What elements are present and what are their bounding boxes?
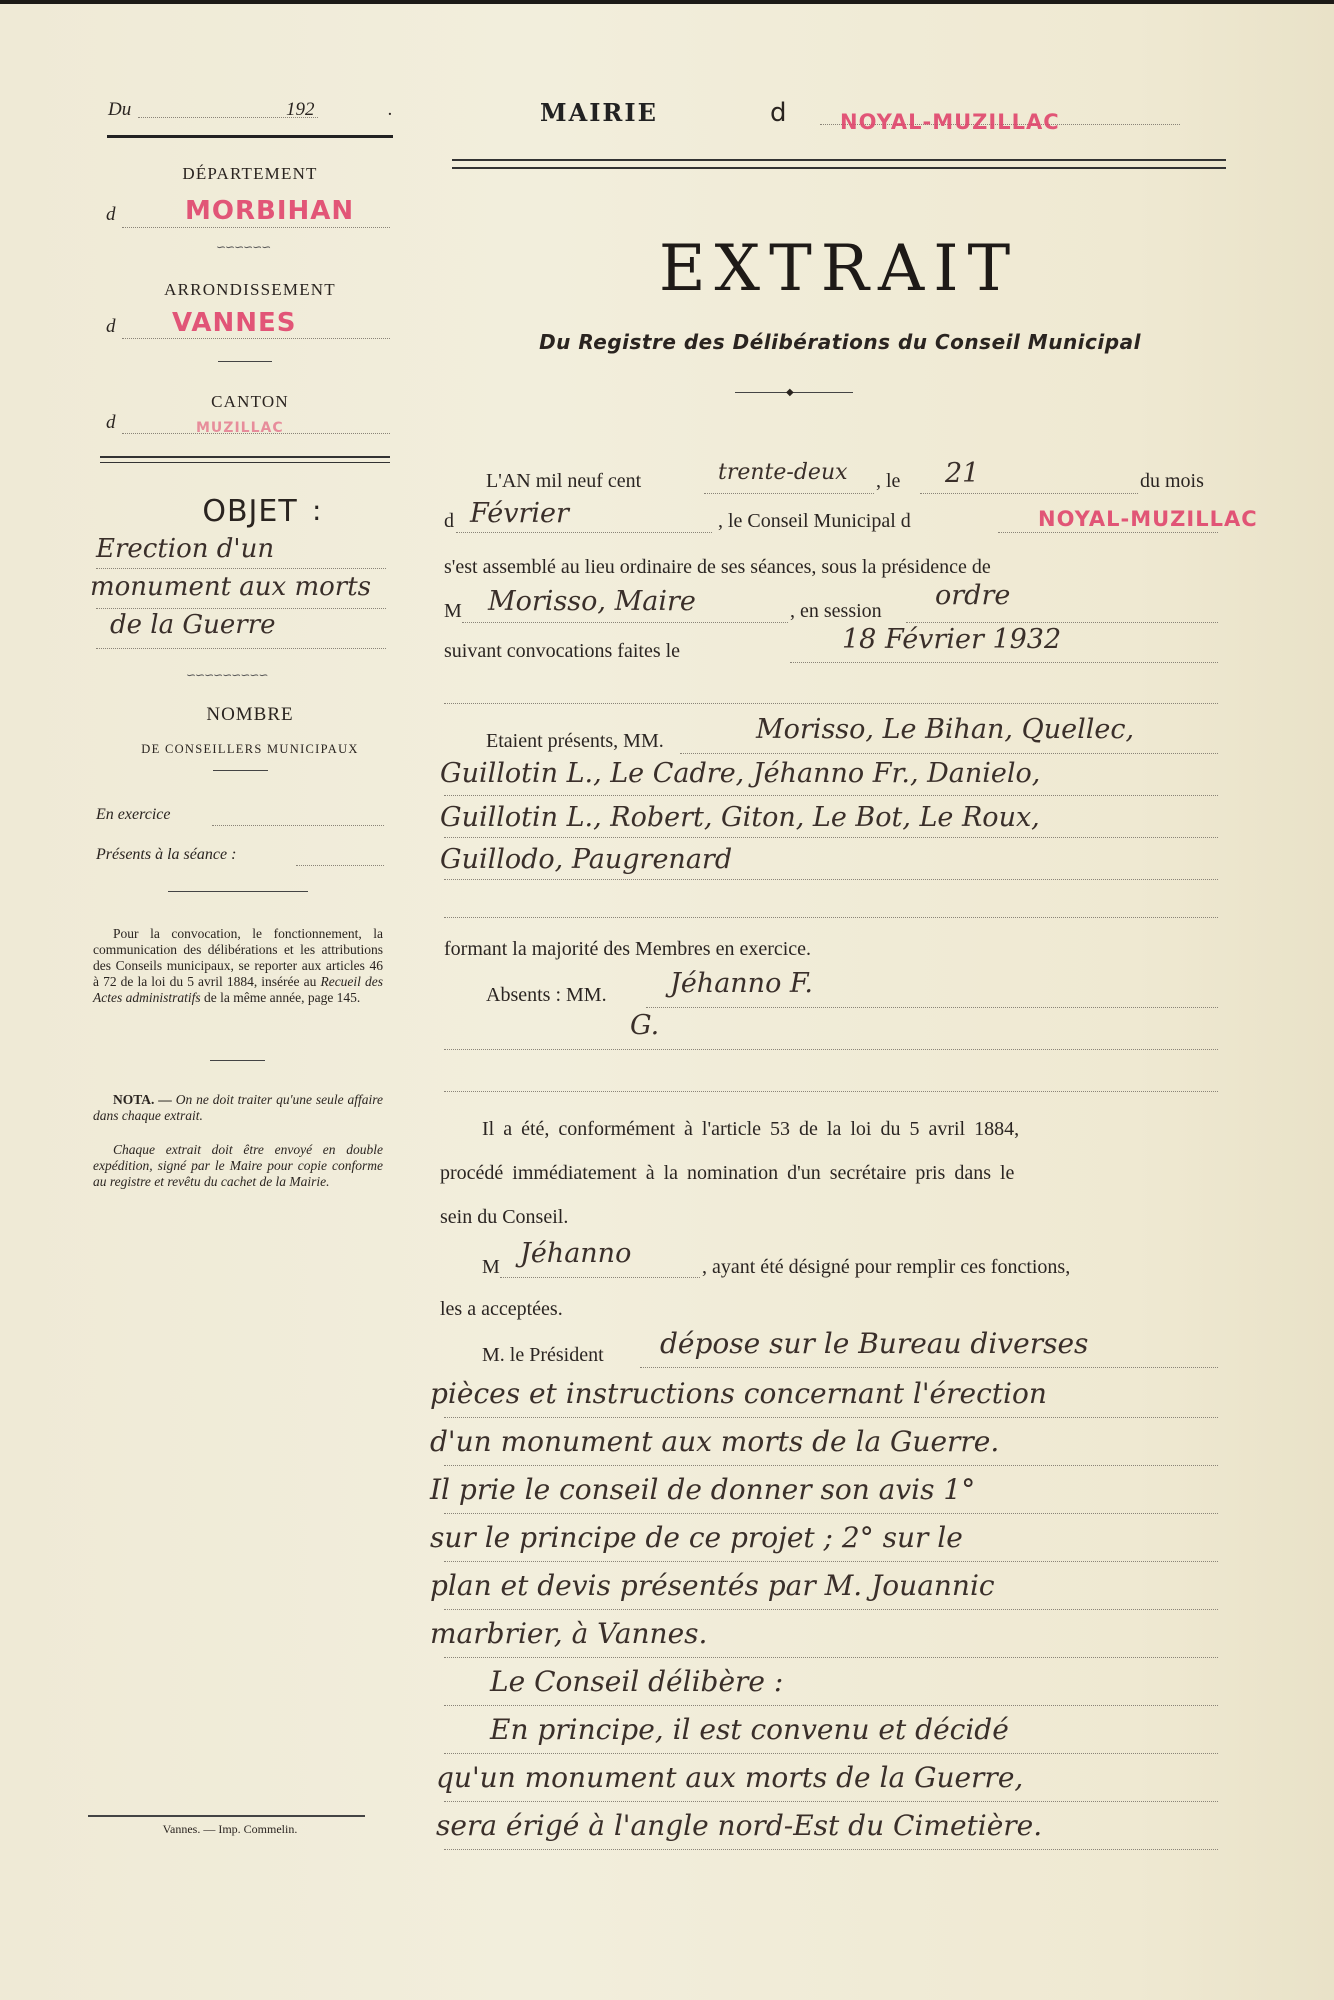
objet-rule-1 <box>96 567 386 569</box>
deliberation-line-4 <box>444 1512 1218 1514</box>
date-dotted-line <box>138 117 318 118</box>
day-prefix: , le <box>876 470 900 493</box>
presents-names-3: Guillotin L., Robert, Giton, Le Bot, Le … <box>440 804 1040 831</box>
presents-line-1 <box>680 752 1218 754</box>
deliberation-line-6 <box>444 1608 1218 1610</box>
convocation-label: suivant convocations faites le <box>444 640 680 663</box>
departement-line <box>122 226 390 228</box>
absents-line-3 <box>444 1090 1218 1092</box>
arrondissement-stamp: VANNES <box>172 308 297 338</box>
short-divider <box>213 770 268 771</box>
deliberation-text-7: marbrier, à Vannes. <box>430 1620 707 1648</box>
deliberation-text-10: qu'un monument aux morts de la Guerre, <box>436 1764 1023 1792</box>
legal-notice-end: de la même année, page 145. <box>204 990 360 1005</box>
mairie-label: MAIRIE <box>540 98 658 127</box>
absents-names-1: Jéhanno F. <box>670 970 813 997</box>
absents-line-2 <box>444 1048 1218 1050</box>
year-handwritten: trente-deux <box>718 462 848 484</box>
blank-line <box>444 702 1218 704</box>
session-label: , en session <box>790 600 882 623</box>
deliberation-line-10 <box>444 1800 1218 1802</box>
canton-stamp: MUZILLAC <box>196 420 284 436</box>
en-exercice-field[interactable] <box>212 824 384 826</box>
date-field: Du 192 . <box>108 99 131 121</box>
conseillers-label: DE CONSEILLERS MUNICIPAUX <box>107 742 393 757</box>
deliberation-line-9 <box>444 1752 1218 1754</box>
deliberation-text-3: d'un monument aux morts de la Guerre. <box>430 1428 999 1456</box>
left-header-rule <box>107 135 393 138</box>
printer-imprint: Vannes. — Imp. Commelin. <box>90 1822 370 1837</box>
objet-rule-3 <box>96 647 386 649</box>
day-handwritten: 21 <box>945 460 979 487</box>
deliberation-text-1: dépose sur le Bureau diverses <box>660 1330 1088 1358</box>
presents-seance-label: Présents à la séance : <box>96 846 236 864</box>
nota-label: NOTA. — <box>113 1092 172 1107</box>
assemble-text: s'est assemblé au lieu ordinaire de ses … <box>444 556 991 579</box>
session-handwritten: ordre <box>935 582 1010 609</box>
deliberation-line-3 <box>444 1464 1218 1466</box>
accepte-text: les a acceptées. <box>440 1298 563 1321</box>
wavy-divider-2: ∽∽∽∽∽∽∽∽∽ <box>186 668 268 683</box>
year-line <box>704 492 874 494</box>
secretaire-handwritten: Jéhanno <box>520 1240 631 1267</box>
deliberation-text-9: En principe, il est convenu et décidé <box>490 1716 1009 1744</box>
president-label: M. le Président <box>482 1344 604 1367</box>
deliberation-line-7 <box>444 1656 1218 1658</box>
absents-label: Absents : MM. <box>486 984 607 1007</box>
date-dot: . <box>388 99 393 121</box>
presents-line-2 <box>444 794 1218 796</box>
objet-double-rule <box>100 456 390 463</box>
mairie-d: d <box>770 98 787 128</box>
objet-colon: : <box>312 494 321 527</box>
deliberation-text-5: sur le principe de ce projet ; 2° sur le <box>430 1524 963 1552</box>
document-title: EXTRAIT <box>452 232 1226 306</box>
month-line <box>456 531 712 533</box>
convocation-handwritten: 18 Février 1932 <box>842 626 1061 653</box>
deliberation-line-1 <box>640 1366 1218 1368</box>
deliberation-text-11: sera érigé à l'angle nord-Est du Cimetiè… <box>436 1812 1042 1840</box>
president-line <box>462 621 788 623</box>
departement-d: d <box>106 204 116 226</box>
presents-line-4 <box>444 878 1218 880</box>
secretaire-text: , ayant été désigné pour remplir ces fon… <box>702 1256 1070 1279</box>
canton-d: d <box>106 412 116 434</box>
conseil-label: , le Conseil Municipal d <box>718 510 911 533</box>
article-text-3: sein du Conseil. <box>440 1206 568 1229</box>
nota-block: NOTA. — On ne doit traiter qu'une seule … <box>93 1092 383 1124</box>
deliberation-line-2 <box>444 1416 1218 1418</box>
month-d: d <box>444 510 454 533</box>
convocation-line <box>790 661 1218 663</box>
article-text-2: procédé immédiatement à la nomination d'… <box>440 1162 1014 1185</box>
ornament-divider <box>218 361 272 362</box>
month-label: du mois <box>1140 470 1204 493</box>
presents-seance-field[interactable] <box>296 864 384 866</box>
nota-text-2: Chaque extrait doit être envoyé en doubl… <box>93 1142 383 1190</box>
nombre-label: NOMBRE <box>107 704 393 726</box>
document-subtitle: Du Registre des Délibérations du Conseil… <box>430 330 1250 354</box>
article-text-1: Il a été, conformément à l'article 53 de… <box>482 1118 1019 1141</box>
ornament-mark: ◆ <box>786 387 794 398</box>
presents-names-1: Morisso, Le Bihan, Quellec, <box>756 716 1134 743</box>
president-m: M <box>444 600 462 623</box>
objet-line-2: monument aux morts <box>90 572 371 602</box>
commune-stamp: NOYAL-MUZILLAC <box>1038 507 1258 531</box>
presents-line-5 <box>444 916 1218 918</box>
objet-label: OBJET <box>107 494 393 529</box>
president-handwritten: Morisso, Maire <box>488 588 696 615</box>
ornament-divider-2 <box>168 891 308 892</box>
absents-line-1 <box>646 1006 1218 1008</box>
commune-line <box>998 531 1218 533</box>
day-line <box>920 492 1138 494</box>
month-handwritten: Février <box>470 500 569 527</box>
wavy-divider: ∽∽∽∽∽∽ <box>216 240 270 255</box>
objet-line-3: de la Guerre <box>110 610 276 640</box>
en-exercice-label: En exercice <box>96 806 170 824</box>
objet-line-1: Erection d'un <box>96 534 274 564</box>
title-ornament <box>735 392 853 393</box>
deliberation-text-8: Le Conseil délibère : <box>490 1668 783 1696</box>
printer-rule <box>88 1815 365 1817</box>
secretaire-line <box>500 1276 700 1278</box>
deliberation-text-6: plan et devis présentés par M. Jouannic <box>430 1572 995 1600</box>
presents-names-4: Guillodo, Paugrenard <box>440 846 732 873</box>
deliberation-line-5 <box>444 1560 1218 1562</box>
arrondissement-d: d <box>106 316 116 338</box>
arrondissement-label: ARRONDISSEMENT <box>107 280 393 300</box>
deliberation-text-4: Il prie le conseil de donner son avis 1° <box>430 1476 975 1504</box>
objet-rule-2 <box>96 607 386 609</box>
absents-names-2: G. <box>630 1012 659 1039</box>
departement-label: DÉPARTEMENT <box>107 164 393 184</box>
secretaire-m: M <box>482 1256 500 1279</box>
deliberation-line-11 <box>444 1848 1218 1850</box>
deliberation-text-2: pièces et instructions concernant l'érec… <box>430 1380 1047 1408</box>
header-double-rule <box>452 159 1226 169</box>
mairie-stamp: NOYAL-MUZILLAC <box>840 110 1060 134</box>
canton-label: CANTON <box>107 392 393 412</box>
session-line <box>906 621 1218 623</box>
departement-stamp: MORBIHAN <box>185 196 354 226</box>
presents-names-2: Guillotin L., Le Cadre, Jéhanno Fr., Dan… <box>440 760 1040 787</box>
date-label: Du <box>108 99 131 120</box>
year-prefix: L'AN mil neuf cent <box>486 470 641 493</box>
majorite-text: formant la majorité des Membres en exerc… <box>444 938 811 961</box>
presents-line-3 <box>444 836 1218 838</box>
legal-notice: Pour la convocation, le fonctionnement, … <box>93 926 383 1006</box>
deliberation-line-8 <box>444 1704 1218 1706</box>
short-divider-2 <box>210 1060 265 1061</box>
document-page: Du 192 . DÉPARTEMENT d MORBIHAN ∽∽∽∽∽∽ A… <box>0 4 1334 2000</box>
presents-label: Etaient présents, MM. <box>486 730 664 753</box>
